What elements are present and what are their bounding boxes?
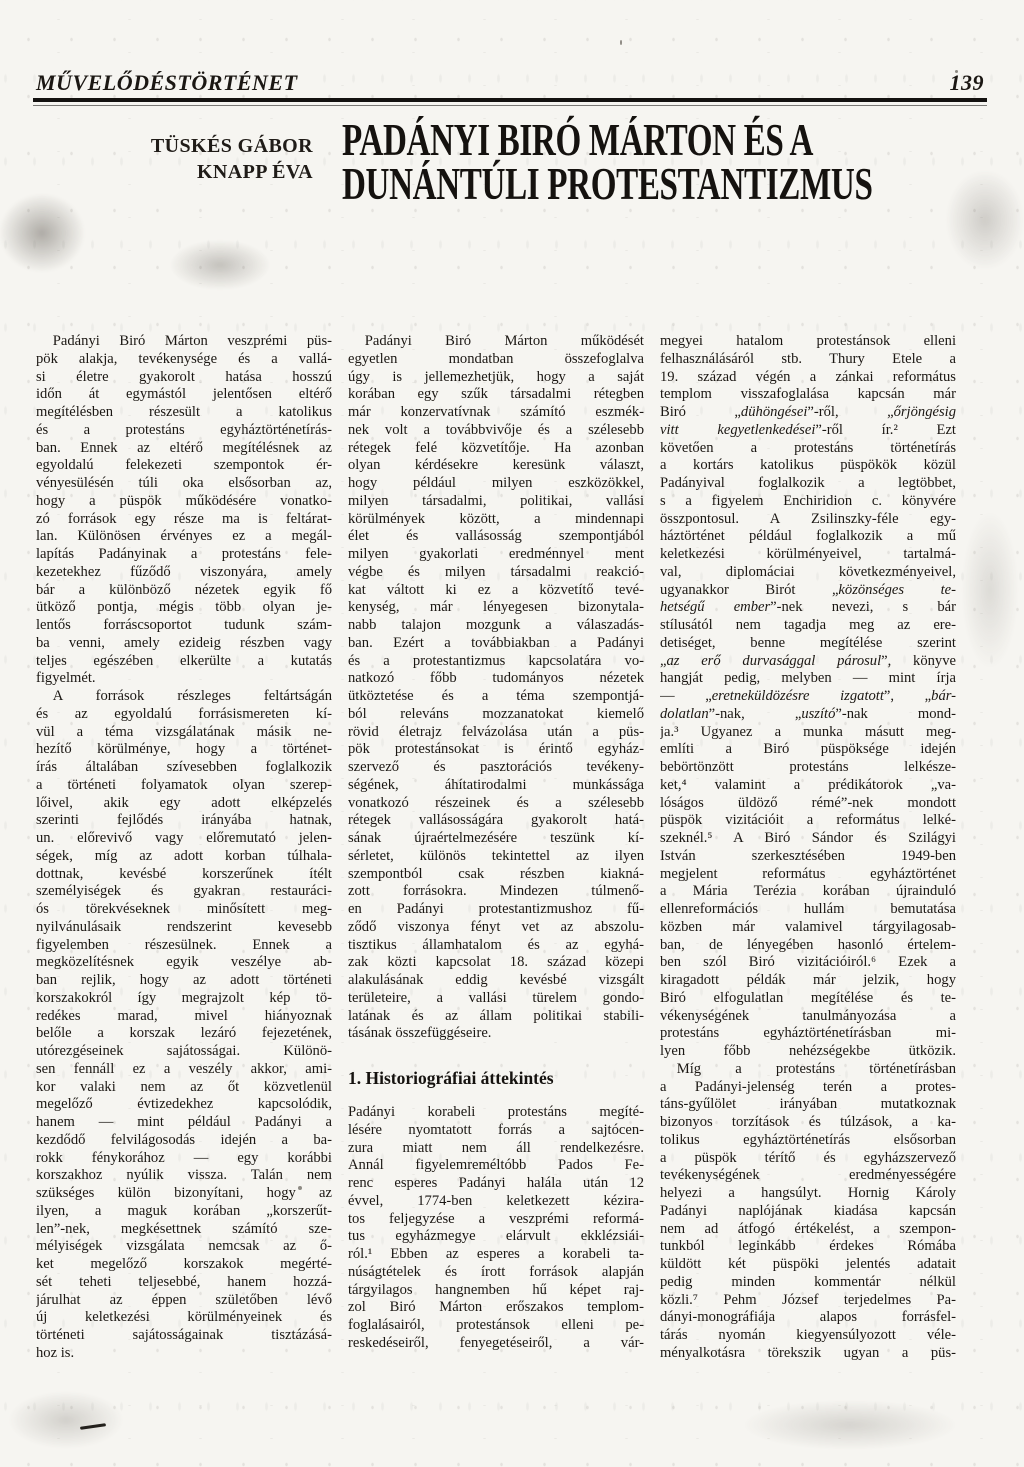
text-line: lőivel, akik egy adott elképzelés [36, 795, 332, 813]
text-line: megelőző évtizedekhez kapcsolódik, [36, 1096, 332, 1114]
scan-noise [620, 40, 622, 45]
author-name: KNAPP ÉVA [0, 159, 313, 185]
text-line: tárás nyomán kiegyensúlyozott véle- [660, 1327, 956, 1345]
scan-noise [80, 1423, 106, 1430]
text-line: személyiségek és gyakran restauráci- [36, 883, 332, 901]
text-line: és a protestáns egyháztörténetírás- [36, 422, 332, 440]
text-line: szervező és pasztorációs tevékeny- [348, 759, 644, 777]
text-line: reskedéseiről, fenyegetéseiről, a vár- [348, 1335, 644, 1353]
text-line: s a figyelem Enchiridion c. könyvére [660, 493, 956, 511]
text-line: említi a Biró püspöksége idején [660, 741, 956, 759]
text-line: en Padányi protestantizmushoz fű- [348, 901, 644, 919]
text-line: időn át egymástól jelentősen eltérő [36, 386, 332, 404]
text-line: tus egyházmegye elárvult ekklézsiái- [348, 1228, 644, 1246]
text-line: hanem — mint például Padányi a [36, 1114, 332, 1132]
text-line: renc esperes Padányi halála után 12 [348, 1175, 644, 1193]
text-line: detiséget, benne megítélése szerint [660, 635, 956, 653]
text-line: korszakokról így megrajzolt kép tö- [36, 990, 332, 1008]
article-title-line-2: DUNÁNTÚLI PROTESTANTIZMUS [342, 162, 873, 206]
text-line: hangját pedig, melyben — mint írja [660, 670, 956, 688]
text-line: püspök vizitációit a református lelké- [660, 812, 956, 830]
text-line: latának és az állam politikai stabili- [348, 1008, 644, 1026]
column: Padányi Biró Márton működésétegyetlen mo… [348, 333, 644, 1363]
text-line: milyen társadalmi, politikai, vallási [348, 493, 644, 511]
header-rule [33, 98, 987, 106]
text-line: Biró elfogulatlan megítélése és te- [660, 990, 956, 1008]
text-line: zott forrásokra. Mindezen túlmenő- [348, 883, 644, 901]
text-line: teljes egészében elkerülte a kutatás [36, 653, 332, 671]
text-line: megjelent református egyháztörténet [660, 866, 956, 884]
text-line: ról.¹ Ebben az esperes a korabeli ta- [348, 1246, 644, 1264]
text-line: zó források egy része ma is feltárat- [36, 511, 332, 529]
text-line: megközelítésnek egyik veszélye ab- [36, 954, 332, 972]
text-line: nek volt a továbbvivője és a szélesebb [348, 422, 644, 440]
text-line: zol Biró Márton erőszakos templom- [348, 1299, 644, 1317]
text-line: ségek, míg az adott korban túlhala- [36, 848, 332, 866]
text-line: évvel, 1774-ben keletkezett kézira- [348, 1193, 644, 1211]
text-line: ós törekvéseknek minősített meg- [36, 901, 332, 919]
text-line: ellenreformációs hullám bemutatása [660, 901, 956, 919]
text-line: szempontból csak részben kiakná- [348, 866, 644, 884]
text-line: már konzervatívnak számító eszmék- [348, 404, 644, 422]
running-head: MŰVELŐDÉSTÖRTÉNET 139 [36, 70, 984, 96]
text-line: pedig minden kommentár nélkül [660, 1274, 956, 1292]
text-line: közben már valamivel tárgyilagosab- [660, 919, 956, 937]
text-line: hoz is. [36, 1345, 332, 1363]
text-line: ban, de lényegében hasonló értelem- [660, 937, 956, 955]
text-line: kat váltott ki ez a közvetítő tevé- [348, 582, 644, 600]
column: Padányi Biró Márton veszprémi püs-pök al… [36, 333, 332, 1363]
section-heading: 1. Historiográfiai áttekintés [348, 1067, 644, 1089]
text-line: ban rejlik, hogy az adott történeti [36, 972, 332, 990]
text-line: bizonyos torzítások és túlzások, a ka- [660, 1114, 956, 1132]
text-line: milyen gyakorlati eredménnyel ment [348, 546, 644, 564]
text-line: — „eretneküldözésre izgatott”, „bár- [660, 688, 956, 706]
text-line: úgy is jellemezhetjük, hogy a saját [348, 369, 644, 387]
text-line: felhasználásáról stb. Thury Etele a [660, 351, 956, 369]
text-line: nabb talajon mozgunk a válaszadás- [348, 617, 644, 635]
text-line: A források részleges feltártságán [36, 688, 332, 706]
text-line: len”-nek, megkésettnek számító sze- [36, 1221, 332, 1239]
text-line: vékenységének tanulmányozása a [660, 1008, 956, 1026]
text-line: natkozó főbb tudományos nézetek [348, 670, 644, 688]
text-line: olyan kérdésekre keresünk választ, [348, 457, 644, 475]
text-line: szerinti fejlődés irányába hatnak, [36, 812, 332, 830]
text-line: sérletet, különös tekintettel az ilyen [348, 848, 644, 866]
text-line: lentős forráscsoportot tudunk szám- [36, 617, 332, 635]
text-line: Padányi Biró Márton veszprémi püs- [36, 333, 332, 351]
text-line: ben szól Biró vizitációiról.⁶ Ezek a [660, 954, 956, 972]
text-line: megítélésben részesült a katolikus [36, 404, 332, 422]
text-line: területeire, a vallási türelem gondo- [348, 990, 644, 1008]
text-line: núságtételek és írott források alapján [348, 1264, 644, 1282]
text-line: bebörtönzött protestáns lelkésze- [660, 759, 956, 777]
text-line: figyelemben részesülnek. Ennek a [36, 937, 332, 955]
text-line: a Padányi-jelenség terén a protes- [660, 1079, 956, 1097]
text-line: küldött két püspöki jelentés adatait [660, 1256, 956, 1274]
text-line: foglalásairól, protestánsok elleni pe- [348, 1317, 644, 1335]
text-line: zura miatt nem áll rendelkezésre. [348, 1140, 644, 1158]
text-line: ban. Ennek az eltérő megítélésnek az [36, 440, 332, 458]
text-line: ményalkotásra törekszik ugyan a püs- [660, 1345, 956, 1363]
text-line: kiragadott példák már jelzik, hogy [660, 972, 956, 990]
text-line: járulhat az éppen születőben lévő [36, 1292, 332, 1310]
text-line: új keletkezési körülményeinek és [36, 1309, 332, 1327]
text-line: si életre gyakorolt hatása hosszú [36, 369, 332, 387]
text-line: István szerkesztésében 1949-ben [660, 848, 956, 866]
text-line: tolikus egyháztörténetírás elsősorban [660, 1132, 956, 1150]
text-line: Biró „dühöngései”-ről, „őrjöngésig [660, 404, 956, 422]
text-line: lóságos üldöző rémé”-nek mondott [660, 795, 956, 813]
text-line: szükséges külön bizonyítani, hogy az [36, 1185, 332, 1203]
text-line: tárgyilagos hangnemben hű képet raj- [348, 1282, 644, 1300]
text-line: ütköző pontja, mégis több olyan je- [36, 599, 332, 617]
text-line: történeti sajátosságainak tisztázásá- [36, 1327, 332, 1345]
text-line: és az egyoldalú forrásismereten kí- [36, 706, 332, 724]
text-line: bár a különböző nézetek egyik fő [36, 582, 332, 600]
text-line: írás általában szívesebben foglalkozik [36, 759, 332, 777]
text-line: ban. Ezért a továbbiakban a Padányi [348, 635, 644, 653]
text-line: lan. Különösen érvényes ez a megál- [36, 528, 332, 546]
text-line: tunkból leginkább érdekes Rómába [660, 1238, 956, 1256]
text-line: ütköztetése és a téma szempontjá- [348, 688, 644, 706]
text-line: a Mária Terézia korában újrainduló [660, 883, 956, 901]
text-line: korszakhoz nyúlik vissza. Talán nem [36, 1167, 332, 1185]
text-line: közli.⁷ Pehm József terjedelmes Pa- [660, 1292, 956, 1310]
text-line: megyei hatalom protestánsok elleni [660, 333, 956, 351]
text-line: ja.³ Ugyanez a munka másutt meg- [660, 724, 956, 742]
text-line: korában egy szűk társadalmi rétegben [348, 386, 644, 404]
text-line: figyelmét. [36, 670, 332, 688]
text-line: hezítő körülménye, hogy a történet- [36, 741, 332, 759]
text-line: dányi-monográfiája alapos forrásfel- [660, 1309, 956, 1327]
text-line: ilyen, a maguk korában „korszerűt- [36, 1203, 332, 1221]
text-line: hogy a püspök működésére vonatko- [36, 493, 332, 511]
text-line: nyilvánulásaik rendszerint kevesebb [36, 919, 332, 937]
text-line: végbe és milyen társadalmi reakció- [348, 564, 644, 582]
text-line: val, diplomáciai következményeivel, [660, 564, 956, 582]
article-title: PADÁNYI BIRÓ MÁRTON ÉS A DUNÁNTÚLI PROTE… [342, 118, 873, 206]
text-line: ugyanakkor Birót „közönséges te- [660, 582, 956, 600]
text-line: ba venni, amely ezideig részben vagy [36, 635, 332, 653]
text-line: un. előrevivő vagy előremutató jelen- [36, 830, 332, 848]
text-line: kor valaki nem az őt közvetlenül [36, 1079, 332, 1097]
scan-noise [700, 1390, 1000, 1460]
text-line: összpontosul. A Zsilinszky-féle egy- [660, 511, 956, 529]
text-line: tos feljegyzése a veszprémi reformá- [348, 1211, 644, 1229]
text-line: utórezgéseinek sajátosságai. Különö- [36, 1043, 332, 1061]
text-line: vül a téma vizsgálatának másik ne- [36, 724, 332, 742]
text-line: a kortárs katolikus püspökök közül [660, 457, 956, 475]
text-line: ződő viszonya fényt vet az abszolu- [348, 919, 644, 937]
journal-page: MŰVELŐDÉSTÖRTÉNET 139 TÜSKÉS GÁBOR KNAPP… [0, 0, 1024, 1467]
text-line: tisztikus államhatalom és az egyhá- [348, 937, 644, 955]
text-line: Padányi korabeli protestáns megíté- [348, 1104, 644, 1122]
text-line: követően a protestáns történetírás [660, 440, 956, 458]
text-line: sét teheti teljesebbé, hanem hozzá- [36, 1274, 332, 1292]
scan-noise [950, 480, 1024, 700]
text-line: a püspök térítő és egyházszervező [660, 1150, 956, 1168]
text-line: protestáns egyháztörténetírásban mi- [660, 1025, 956, 1043]
column: megyei hatalom protestánsok ellenifelhas… [660, 333, 956, 1363]
text-line: rövid életrajz felvázolása után a püs- [348, 724, 644, 742]
text-line: Padányi Biró Márton működését [348, 333, 644, 351]
text-columns: Padányi Biró Márton veszprémi püs-pök al… [36, 333, 956, 1363]
text-line: rokk fénykorához — egy korábbi [36, 1150, 332, 1168]
text-line: Padányi naplójának kiadása kapcsán [660, 1203, 956, 1221]
text-line: egyoldalú felekezeti szempontok ér- [36, 457, 332, 475]
text-line: sának újraértelmezésére teszünk kí- [348, 830, 644, 848]
text-line: tásának összefüggéseire. [348, 1025, 644, 1043]
running-head-page-number: 139 [950, 70, 985, 96]
text-line: rétegek vallásosságára gyakorolt hatá- [348, 812, 644, 830]
text-line: vonatkozó részeinek és a szélesebb [348, 795, 644, 813]
text-line: „az erő durvasággal párosul”, könyve [660, 653, 956, 671]
text-line: körülmények között, a mindennapi [348, 511, 644, 529]
text-line: táns-gyűlölet irányában mutatkoznak [660, 1096, 956, 1114]
text-line: rétegek felé közvetítője. Ha azonban [348, 440, 644, 458]
text-line: ket megelőző korszakok megérté- [36, 1256, 332, 1274]
text-line: belőle a korszak lezáró fejezetének, [36, 1025, 332, 1043]
text-line: élet és vallásosság szempontjából [348, 528, 644, 546]
text-line: Padányival foglalkozik a legtöbbet, [660, 475, 956, 493]
text-line: redékes marad, mivel hiányoznak [36, 1008, 332, 1026]
text-line: a történeti folyamatok olyan szerep- [36, 777, 332, 795]
text-line: templom visszafoglalása kapcsán már [660, 386, 956, 404]
text-line: 19. század végén a zánkai református [660, 369, 956, 387]
text-line: hogy például milyen eszközökkel, [348, 475, 644, 493]
text-line: egyetlen mondatban összefoglalva [348, 351, 644, 369]
scan-noise [930, 150, 1024, 290]
text-line: Annál figyelemreméltóbb Pados Fe- [348, 1157, 644, 1175]
text-line: szeknél.⁵ A Biró Sándor és Szilágyi [660, 830, 956, 848]
text-line: ból releváns mozzanatokat kiemelő [348, 706, 644, 724]
text-line: ségének, áhítatirodalmi munkássága [348, 777, 644, 795]
text-line: dottnak, kevésbé korszerűnek ítélt [36, 866, 332, 884]
text-line: lyen főbb nehézségekbe ütközik. [660, 1043, 956, 1061]
text-line: pök protestánsokat is érintő egyház- [348, 741, 644, 759]
text-line: lapítás Padányinak a protestáns fele- [36, 546, 332, 564]
byline: TÜSKÉS GÁBOR KNAPP ÉVA [0, 133, 313, 185]
text-line: és a protestantizmus kapcsolatára vo- [348, 653, 644, 671]
text-line: háztörténet például foglalkozik a mű [660, 528, 956, 546]
text-line: vitt kegyetlenkedései”-ről ír.² Ezt [660, 422, 956, 440]
text-line: mélyiségek vizsgálata nemcsak az ő- [36, 1238, 332, 1256]
text-line: hetségű ember”-nek nevezi, s bár [660, 599, 956, 617]
text-line: kenység, már lényegesen bizonytala- [348, 599, 644, 617]
text-line: Míg a protestáns történetírásban [660, 1061, 956, 1079]
text-line: ket,⁴ valamint a prédikátorok „va- [660, 777, 956, 795]
text-line: tevékenységének eredményességére [660, 1167, 956, 1185]
text-line: kezetekhez fűződő viszonyára, amely [36, 564, 332, 582]
text-line: alakulásának eddig kevésbé vizsgált [348, 972, 644, 990]
text-line: dolatlan”-nak, „uszító”-nak mond- [660, 706, 956, 724]
scan-noise [150, 230, 290, 300]
text-line: zak közti kapcsolat 18. század közepi [348, 954, 644, 972]
running-head-journal: MŰVELŐDÉSTÖRTÉNET [36, 70, 298, 96]
text-line: vényesülésén túli oka elsősorban az, [36, 475, 332, 493]
author-name: TÜSKÉS GÁBOR [0, 133, 313, 159]
scan-noise [0, 178, 102, 288]
text-line: lésére nyomtatott forrás a sajtócen- [348, 1122, 644, 1140]
article-title-line-1: PADÁNYI BIRÓ MÁRTON ÉS A [342, 118, 873, 162]
text-line: kezdődő felvilágosodás idején a ba- [36, 1132, 332, 1150]
text-line: keletkezési körülményeivel, tartalmá- [660, 546, 956, 564]
text-line: pök alakja, tevékenysége és a vallá- [36, 351, 332, 369]
text-line: sen fennáll ez a veszély akkor, ami- [36, 1061, 332, 1079]
text-line: nem ad átfogó értékelést, a szempon- [660, 1221, 956, 1239]
text-line: helyezi a hangsúlyt. Hornig Károly [660, 1185, 956, 1203]
scan-noise [0, 1380, 146, 1460]
text-line: stílusától nem tagadja meg az ere- [660, 617, 956, 635]
